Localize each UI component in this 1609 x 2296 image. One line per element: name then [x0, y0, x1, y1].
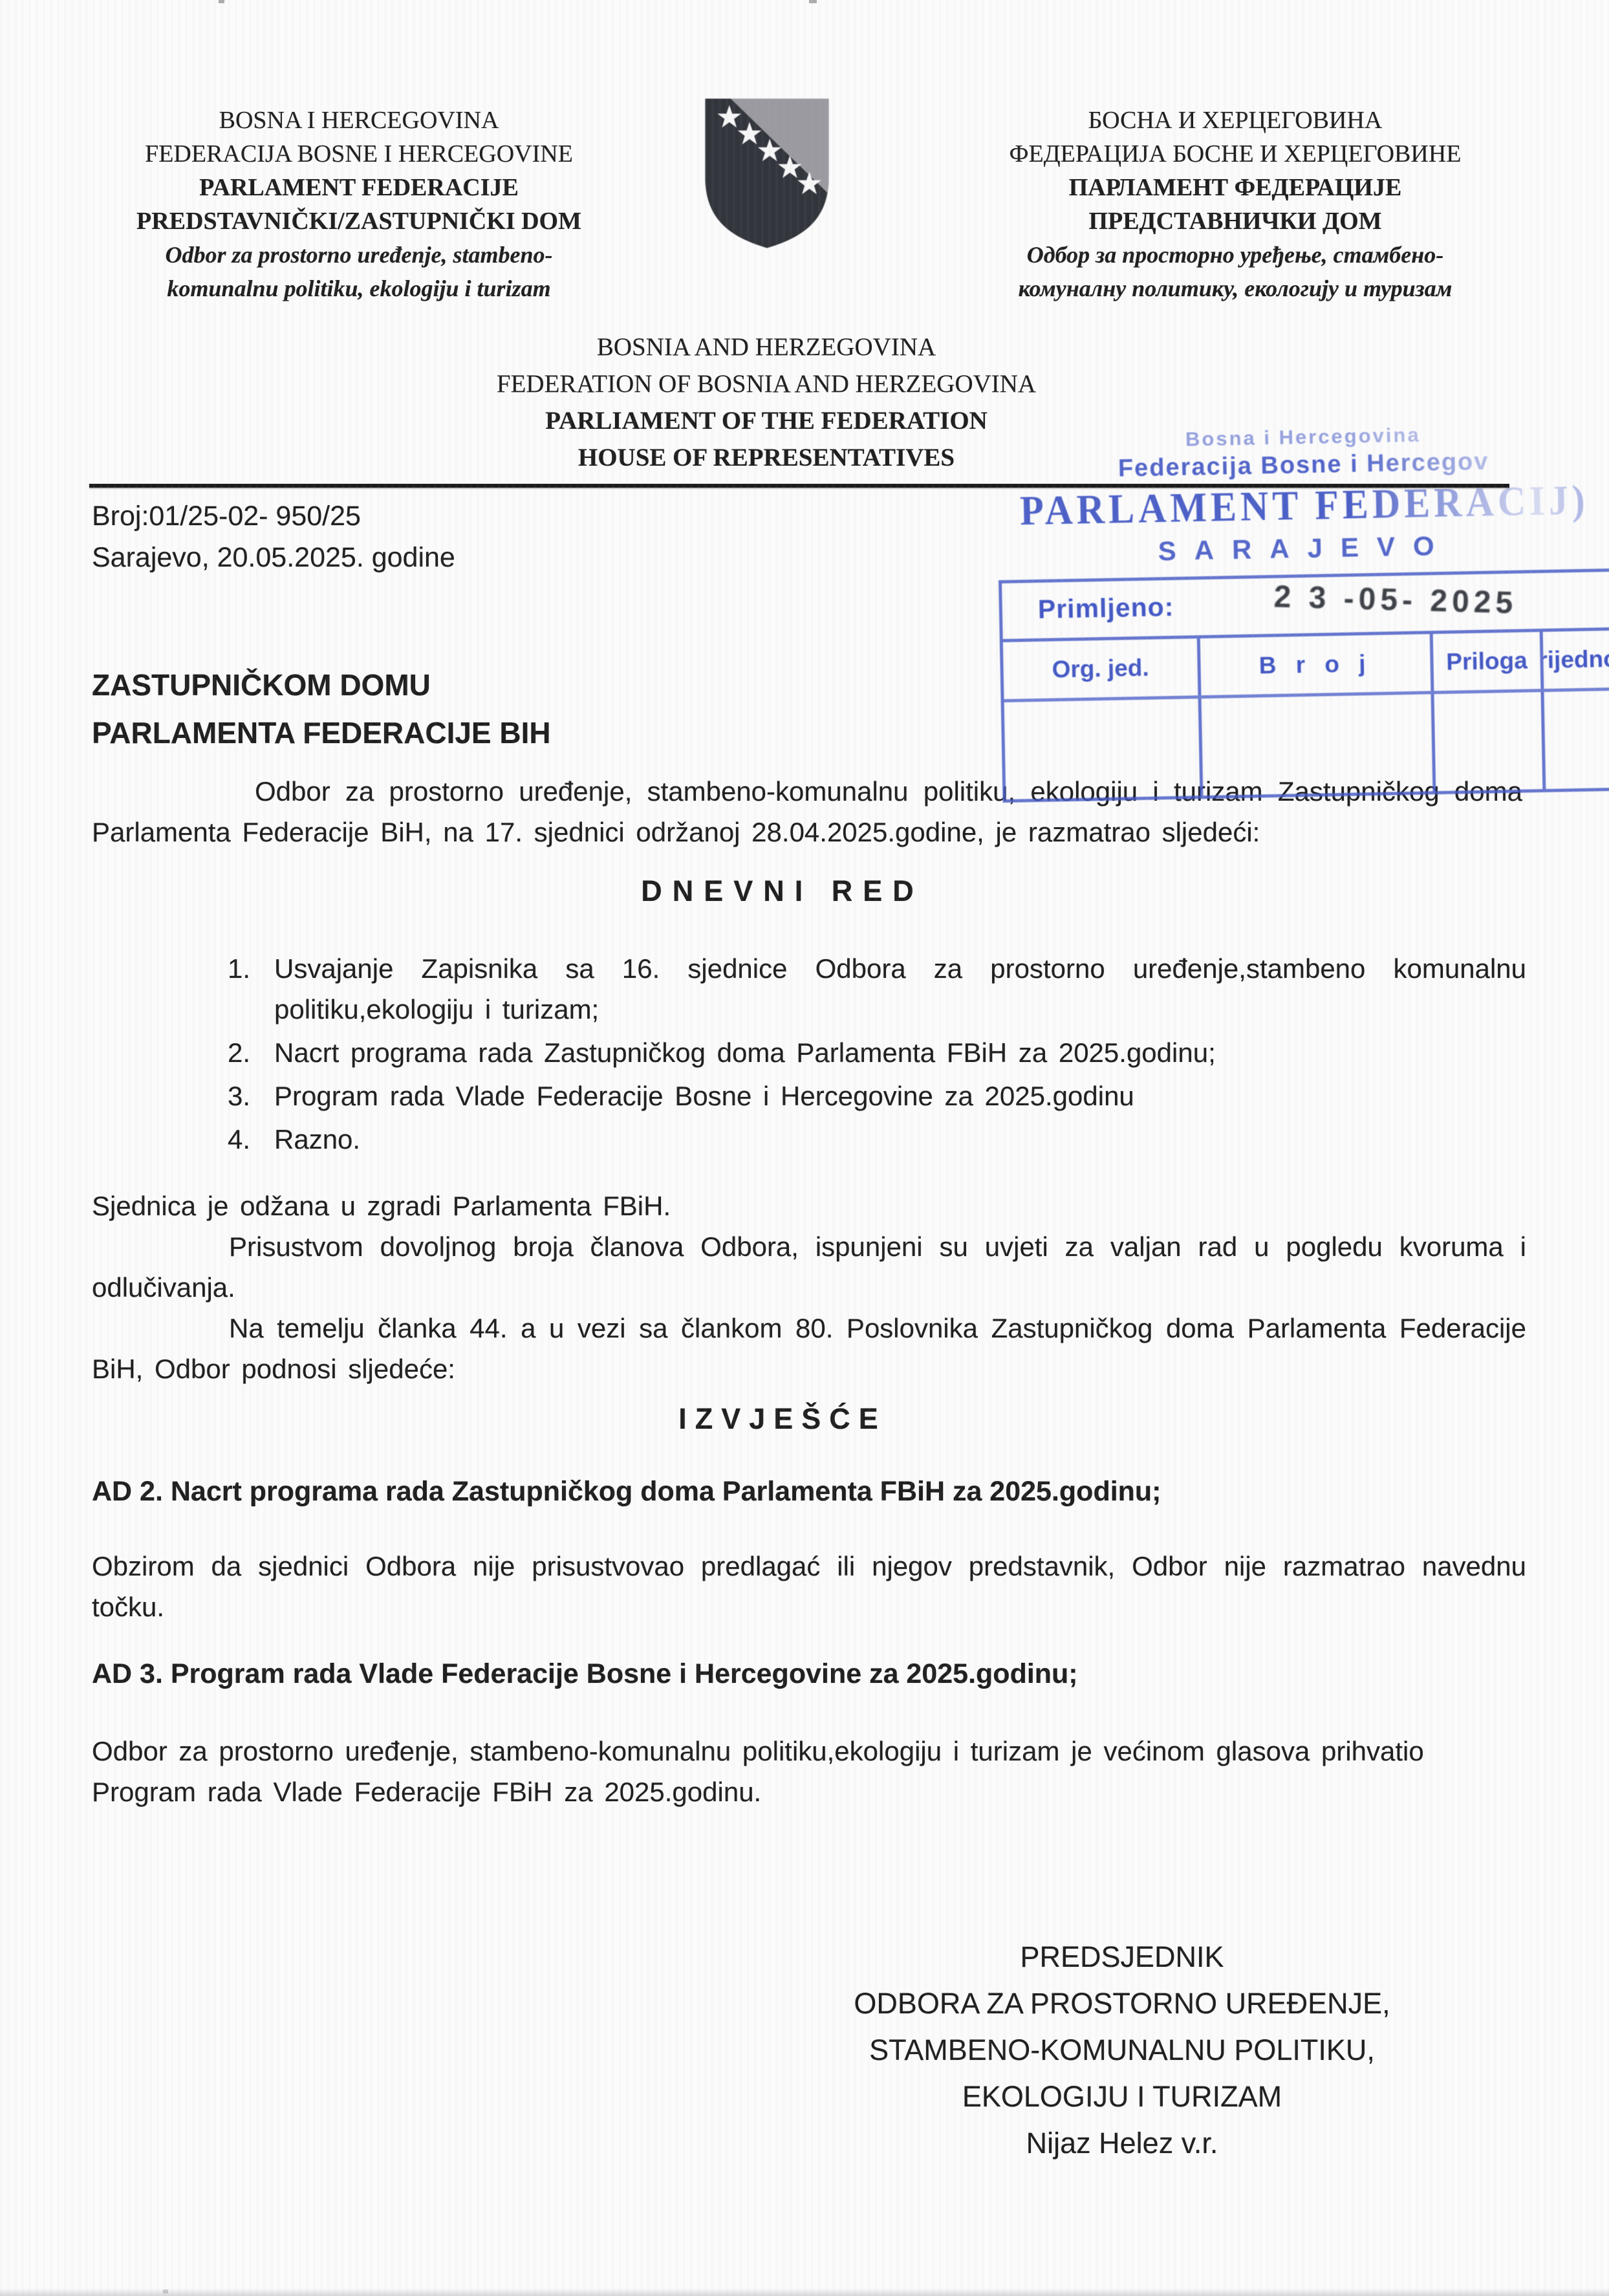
agenda-title: DNEVNI RED [0, 874, 1565, 908]
signature-title: PREDSJEDNIK [744, 1934, 1500, 1980]
header-cyrillic-line: ФЕДЕРАЦИЈА БОСНЕ И ХЕРЦЕГОВИНЕ [902, 137, 1568, 171]
session-paragraph: Sjednica je odžana u zgradi Parlamenta F… [92, 1186, 1526, 1226]
addressee-line: PARLAMENTA FEDERACIJE BIH [92, 709, 551, 757]
header-latin-line: Odbor za prostorno uređenje, stambeno- [39, 238, 679, 272]
agenda-item: 2. Nacrt programa rada Zastupničkog doma… [228, 1032, 1526, 1073]
agenda-item-text: Program rada Vlade Federacije Bosne i He… [274, 1076, 1526, 1116]
header-cyrillic-line: Одбор за просторно уређење, стамбено- [902, 238, 1568, 272]
stamp-empty-cell [1004, 699, 1200, 799]
stamp-received-row: Primljeno: 2 3 -05- 2025 [1002, 572, 1609, 639]
header-latin-line: BOSNA I HERCEGOVINA [39, 103, 679, 137]
stamp-empty-row [1004, 688, 1609, 799]
stamp-column-org-jed: Org. jed. [1003, 638, 1198, 699]
agenda-item-number: 3. [228, 1076, 274, 1116]
agenda-item-number: 4. [228, 1119, 274, 1160]
agenda-list: 1. Usvajanje Zapisnika sa 16. sjednice O… [228, 948, 1526, 1162]
addressee-block: ZASTUPNIČKOM DOMU PARLAMENTA FEDERACIJE … [92, 661, 551, 757]
agenda-item: 3. Program rada Vlade Federacije Bosne i… [228, 1076, 1526, 1116]
stamp-fade-artifact [1348, 413, 1609, 532]
signature-block: PREDSJEDNIK ODBORA ZA PROSTORNO UREĐENJE… [744, 1934, 1500, 2167]
agenda-item: 4. Razno. [228, 1119, 1526, 1160]
report-ad2-heading: AD 2. Nacrt programa rada Zastupničkog d… [92, 1476, 1161, 1508]
header-english-line: BOSNIA AND HERZEGOVINA [0, 329, 1533, 365]
agenda-item-text: Usvajanje Zapisnika sa 16. sjednice Odbo… [274, 948, 1526, 1030]
agenda-item-number: 1. [228, 948, 274, 1030]
stamp-received-label: Primljeno: [1037, 592, 1174, 625]
agenda-item-number: 2. [228, 1032, 274, 1073]
stamp-empty-cell [1540, 691, 1609, 789]
header-latin-line: FEDERACIJA BOSNE I HERCEGOVINE [39, 137, 679, 171]
header-cyrillic-line: ПРЕДСТАВНИЧКИ ДОМ [902, 204, 1568, 238]
stamp-received-date: 2 3 -05- 2025 [1273, 579, 1518, 621]
header-cyrillic-line: ПАРЛАМЕНТ ФЕДЕРАЦИЈЕ [902, 171, 1568, 204]
reference-number: Broj:01/25-02- 950/25 [92, 495, 455, 537]
coat-of-arms-icon [700, 94, 834, 252]
header-latin-line: PREDSTAVNIČKI/ZASTUPNIČKI DOM [39, 204, 679, 238]
addressee-line: ZASTUPNIČKOM DOMU [92, 661, 551, 709]
scan-bottom-smudge [0, 2288, 1609, 2296]
agenda-item: 1. Usvajanje Zapisnika sa 16. sjednice O… [228, 948, 1526, 1030]
header-latin-block: BOSNA I HERCEGOVINA FEDERACIJA BOSNE I H… [39, 103, 679, 305]
report-ad2-body: Obzirom da sjednici Odbora nije prisustv… [92, 1546, 1526, 1627]
signature-line: EKOLOGIJU I TURIZAM [744, 2074, 1500, 2120]
header-cyrillic-line: комуналну политику, екологију и туризам [902, 272, 1568, 305]
session-paragraphs: Sjednica je odžana u zgradi Parlamenta F… [92, 1186, 1526, 1389]
signature-name: Nijaz Helez v.r. [744, 2120, 1500, 2167]
agenda-item-text: Nacrt programa rada Zastupničkog doma Pa… [274, 1032, 1526, 1073]
report-ad3-heading: AD 3. Program rada Vlade Federacije Bosn… [92, 1658, 1078, 1690]
stamp-header-row: Org. jed. B r o j Priloga Vrijednos [1003, 627, 1609, 699]
header-cyrillic-line: БОСНА И ХЕРЦЕГОВИНА [902, 103, 1568, 137]
stamp-empty-cell [1431, 692, 1542, 791]
scan-speck [219, 0, 224, 3]
reference-date: Sarajevo, 20.05.2025. godine [92, 537, 455, 578]
stamp-empty-cell [1198, 694, 1433, 796]
signature-line: ODBORA ZA PROSTORNO UREĐENJE, [744, 1980, 1500, 2027]
header-divider-rule [89, 484, 1509, 488]
header-cyrillic-block: БОСНА И ХЕРЦЕГОВИНА ФЕДЕРАЦИЈА БОСНЕ И Х… [902, 103, 1568, 305]
signature-line: STAMBENO-KOMUNALNU POLITIKU, [744, 2027, 1500, 2074]
session-paragraph: Prisustvom dovoljnog broja članova Odbor… [92, 1226, 1526, 1308]
report-title: IZVJEŠĆE [0, 1402, 1565, 1436]
report-ad3-body: Odbor za prostorno uređenje, stambeno-ko… [92, 1731, 1526, 1812]
stamp-column-priloga: Priloga [1430, 632, 1541, 691]
scanned-document-page: BOSNA I HERCEGOVINA FEDERACIJA BOSNE I H… [0, 0, 1609, 2296]
header-latin-line: komunalnu politiku, ekologiju i turizam [39, 272, 679, 305]
scan-speck [809, 0, 817, 3]
stamp-column-vrijednost: Vrijednos [1540, 631, 1609, 689]
stamp-column-broj: B r o j [1197, 634, 1431, 695]
session-paragraph: Na temelju članka 44. a u vezi sa članko… [92, 1308, 1526, 1389]
reference-block: Broj:01/25-02- 950/25 Sarajevo, 20.05.20… [92, 495, 455, 578]
header-english-line: FEDERATION OF BOSNIA AND HERZEGOVINA [0, 365, 1533, 402]
stamp-table: Primljeno: 2 3 -05- 2025 Org. jed. B r o… [999, 569, 1609, 803]
agenda-item-text: Razno. [274, 1119, 1526, 1160]
receipt-stamp: Bosna i Hercegovina Federacija Bosne i H… [996, 420, 1609, 803]
header-latin-line: PARLAMENT FEDERACIJE [39, 171, 679, 204]
